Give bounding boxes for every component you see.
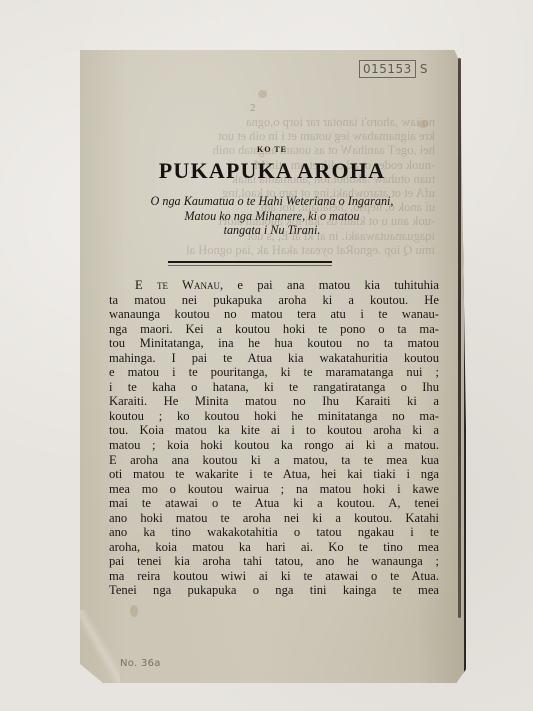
body-line: ta matou nei pukapuka aroha ki a koutou.… xyxy=(109,293,439,308)
body-line: matou ; koia hoki koutou ka rongo ai ki … xyxy=(109,438,439,453)
body-line: ano ka tino wakakotahitia o tatou ngakau… xyxy=(109,525,439,540)
foxing-stain xyxy=(130,605,138,617)
body-line: E te Wanau, e pai ana matou kia tuhituhi… xyxy=(109,278,439,293)
body-line-text: , e pai ana matou kia tuhituhia xyxy=(220,278,439,292)
bleed-line: kre aignamabaw ieg uotam et i in oih et … xyxy=(135,129,435,143)
catalog-stamp-number: 015153 xyxy=(359,60,416,78)
catalog-stamp-suffix: S xyxy=(420,62,428,76)
body-line: ano hoki matou te aroha nei ki a koutou.… xyxy=(109,511,439,526)
document-subtitle: O nga Kaumatua o te Hahi Weteriana o Ing… xyxy=(80,194,464,238)
dropcap-phrase: E te Wanau xyxy=(135,278,220,292)
body-line: tou. Koia matou ka kite ai i to koutou a… xyxy=(109,423,439,438)
catalog-stamp: 015153S xyxy=(359,60,428,78)
body-line: koutou ; ko koutou hoki he minitatanga n… xyxy=(109,409,439,424)
subtitle-line: tangata i Nu Tirani. xyxy=(80,223,464,238)
page-mark: 2 xyxy=(250,102,256,114)
document-title: PUKAPUKA AROHA xyxy=(80,158,464,184)
heading-small: KO TE xyxy=(80,145,464,154)
body-line: i te kaha o hatana, ki te rangatiratanga… xyxy=(109,380,439,395)
body-line: Tenei nga pukapuka o nga tini kainga te … xyxy=(109,583,439,598)
body-line: oti matou te wakarite i te Atua, hei kai… xyxy=(109,467,439,482)
body-text: E te Wanau, e pai ana matou kia tuhituhi… xyxy=(109,278,439,598)
body-line: aroha, koia matou ka hari ai. Ko te tino… xyxy=(109,540,439,555)
body-line: tou Minitatanga, ina he hua koutou no ta… xyxy=(109,336,439,351)
body-line: wanaunga koutou no matou tera atu i te w… xyxy=(109,307,439,322)
body-line: pai tenei kia aroha tahi tatou, ano he w… xyxy=(109,554,439,569)
bleed-line: no iaw ,ahoro'i ianotar rar iorp o,ogna xyxy=(135,115,435,129)
body-line: e matou i te pouritanga, ki te maramatan… xyxy=(109,365,439,380)
bleed-line: imu Q iop .egnoRal oyeast akaH ak ,iaq o… xyxy=(135,243,435,257)
body-line: mea mo o koutou wairua ; na matou hoki i… xyxy=(109,482,439,497)
subtitle-line: O nga Kaumatua o te Hahi Weteriana o Ing… xyxy=(80,194,464,209)
paper-fold xyxy=(80,610,120,683)
body-line: E aroha ana koutou ki a matou, ta te mea… xyxy=(109,453,439,468)
body-line: nga maori. Kei a koutou hoki te pono o t… xyxy=(109,322,439,337)
body-line: ma reira koutou wiwi ai ki te atawai o t… xyxy=(109,569,439,584)
divider-rule-thin xyxy=(168,265,332,266)
document-sheet: no iaw ,ahoro'i ianotar rar iorp o,ogna … xyxy=(80,50,464,683)
handwritten-catalog-number: No. 36a xyxy=(120,658,161,669)
foxing-stain xyxy=(418,120,428,128)
divider-rule xyxy=(168,261,332,263)
body-line: mai te atawai o te Atua ki a koutou. A, … xyxy=(109,496,439,511)
foxing-stain xyxy=(258,90,267,98)
body-line: Karaiti. He Minita matou no Ihu Karaiti … xyxy=(109,394,439,409)
subtitle-line: Matou ko nga Mihanere, ki o matou xyxy=(80,209,464,224)
body-line: mahinga. I pai te Atua kia wakatahuritia… xyxy=(109,351,439,366)
page-edge-shadow xyxy=(458,58,461,618)
